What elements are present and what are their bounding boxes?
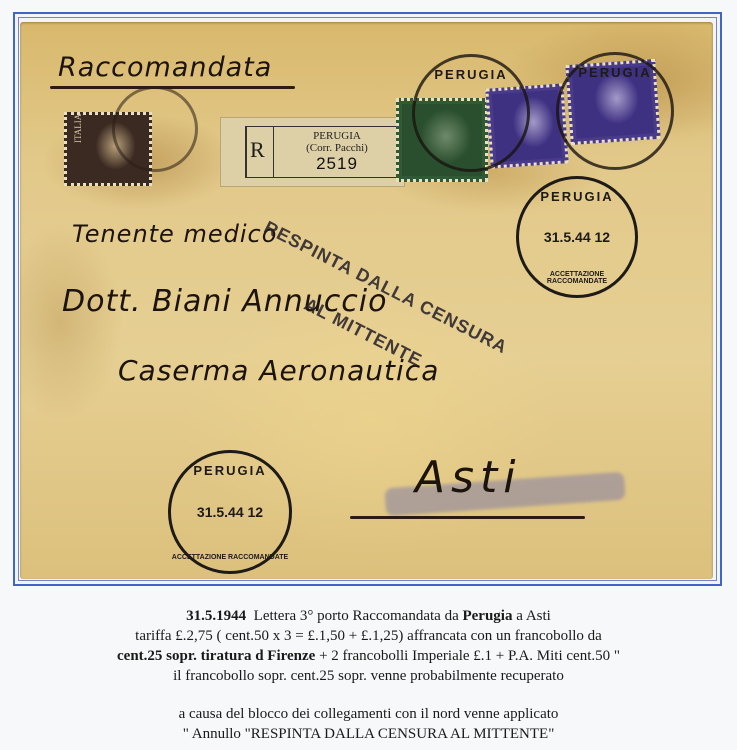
postmark-date: 31.5.44 12	[171, 504, 289, 520]
caption-date: 31.5.1944	[186, 608, 246, 624]
handwritten-raccomandata: Raccomandata	[58, 52, 272, 83]
caption-bold-text: cent.25 sopr. tiratura d Firenze	[117, 648, 315, 664]
registration-label-box: R PERUGIA (Corr. Pacchi) 2519	[245, 126, 400, 178]
address-city: Asti	[415, 452, 522, 503]
postmark-bottom-left: PERUGIA 31.5.44 12 ACCETTAZIONE RACCOMAN…	[168, 450, 292, 574]
postmark-ring-text: ACCETTAZIONE RACCOMANDATE	[171, 554, 289, 561]
caption-line-5: a causa del blocco dei collegamenti con …	[0, 704, 737, 724]
postmark-on-stamps-1: PERUGIA	[412, 54, 530, 172]
registration-letter: R	[250, 137, 265, 163]
city-underline	[350, 516, 585, 519]
caption-text: + 2 francobolli Imperiale £.1 + P.A. Mit…	[319, 648, 620, 664]
registration-divider	[273, 127, 274, 177]
postmark-date: 31.5.44 12	[519, 229, 635, 245]
caption-origin-city: Perugia	[462, 608, 512, 624]
registration-label: R PERUGIA (Corr. Pacchi) 2519	[220, 117, 405, 187]
caption-gap	[0, 686, 737, 704]
postmark-city: PERUGIA	[171, 463, 289, 478]
caption-line-2: tariffa £.2,75 ( cent.50 x 3 = £.1,50 + …	[0, 626, 737, 646]
address-line-1: Tenente medico	[72, 220, 277, 248]
postmark-left-faint	[112, 86, 198, 172]
raccomandata-underline	[50, 86, 295, 89]
postmark-on-stamps-2: PERUGIA	[556, 52, 674, 170]
registration-office: PERUGIA	[277, 130, 397, 142]
envelope: Raccomandata ITALIA R PERUGIA (Corr. Pac…	[20, 22, 713, 579]
postmark-right: PERUGIA 31.5.44 12 ACCETTAZIONE RACCOMAN…	[516, 176, 638, 298]
caption-line-1: 31.5.1944 Lettera 3° porto Raccomandata …	[0, 606, 737, 626]
postmark-ring-text: ACCETTAZIONE RACCOMANDATE	[519, 271, 635, 285]
postmark-city: PERUGIA	[559, 65, 671, 80]
postmark-city: PERUGIA	[519, 189, 635, 204]
caption-line-4: il francobollo sopr. cent.25 sopr. venne…	[0, 666, 737, 686]
caption-text: Lettera 3° porto Raccomandata da	[254, 608, 459, 624]
caption-line-6: " Annullo "RESPINTA DALLA CENSURA AL MIT…	[0, 724, 737, 744]
stamp-country-text: ITALIA	[73, 114, 83, 143]
caption-line-3: cent.25 sopr. tiratura d Firenze + 2 fra…	[0, 646, 737, 666]
registration-number: 2519	[277, 154, 397, 174]
caption-text: a Asti	[516, 608, 551, 624]
registration-service: (Corr. Pacchi)	[277, 142, 397, 154]
caption: 31.5.1944 Lettera 3° porto Raccomandata …	[0, 606, 737, 744]
postmark-city: PERUGIA	[415, 67, 527, 82]
